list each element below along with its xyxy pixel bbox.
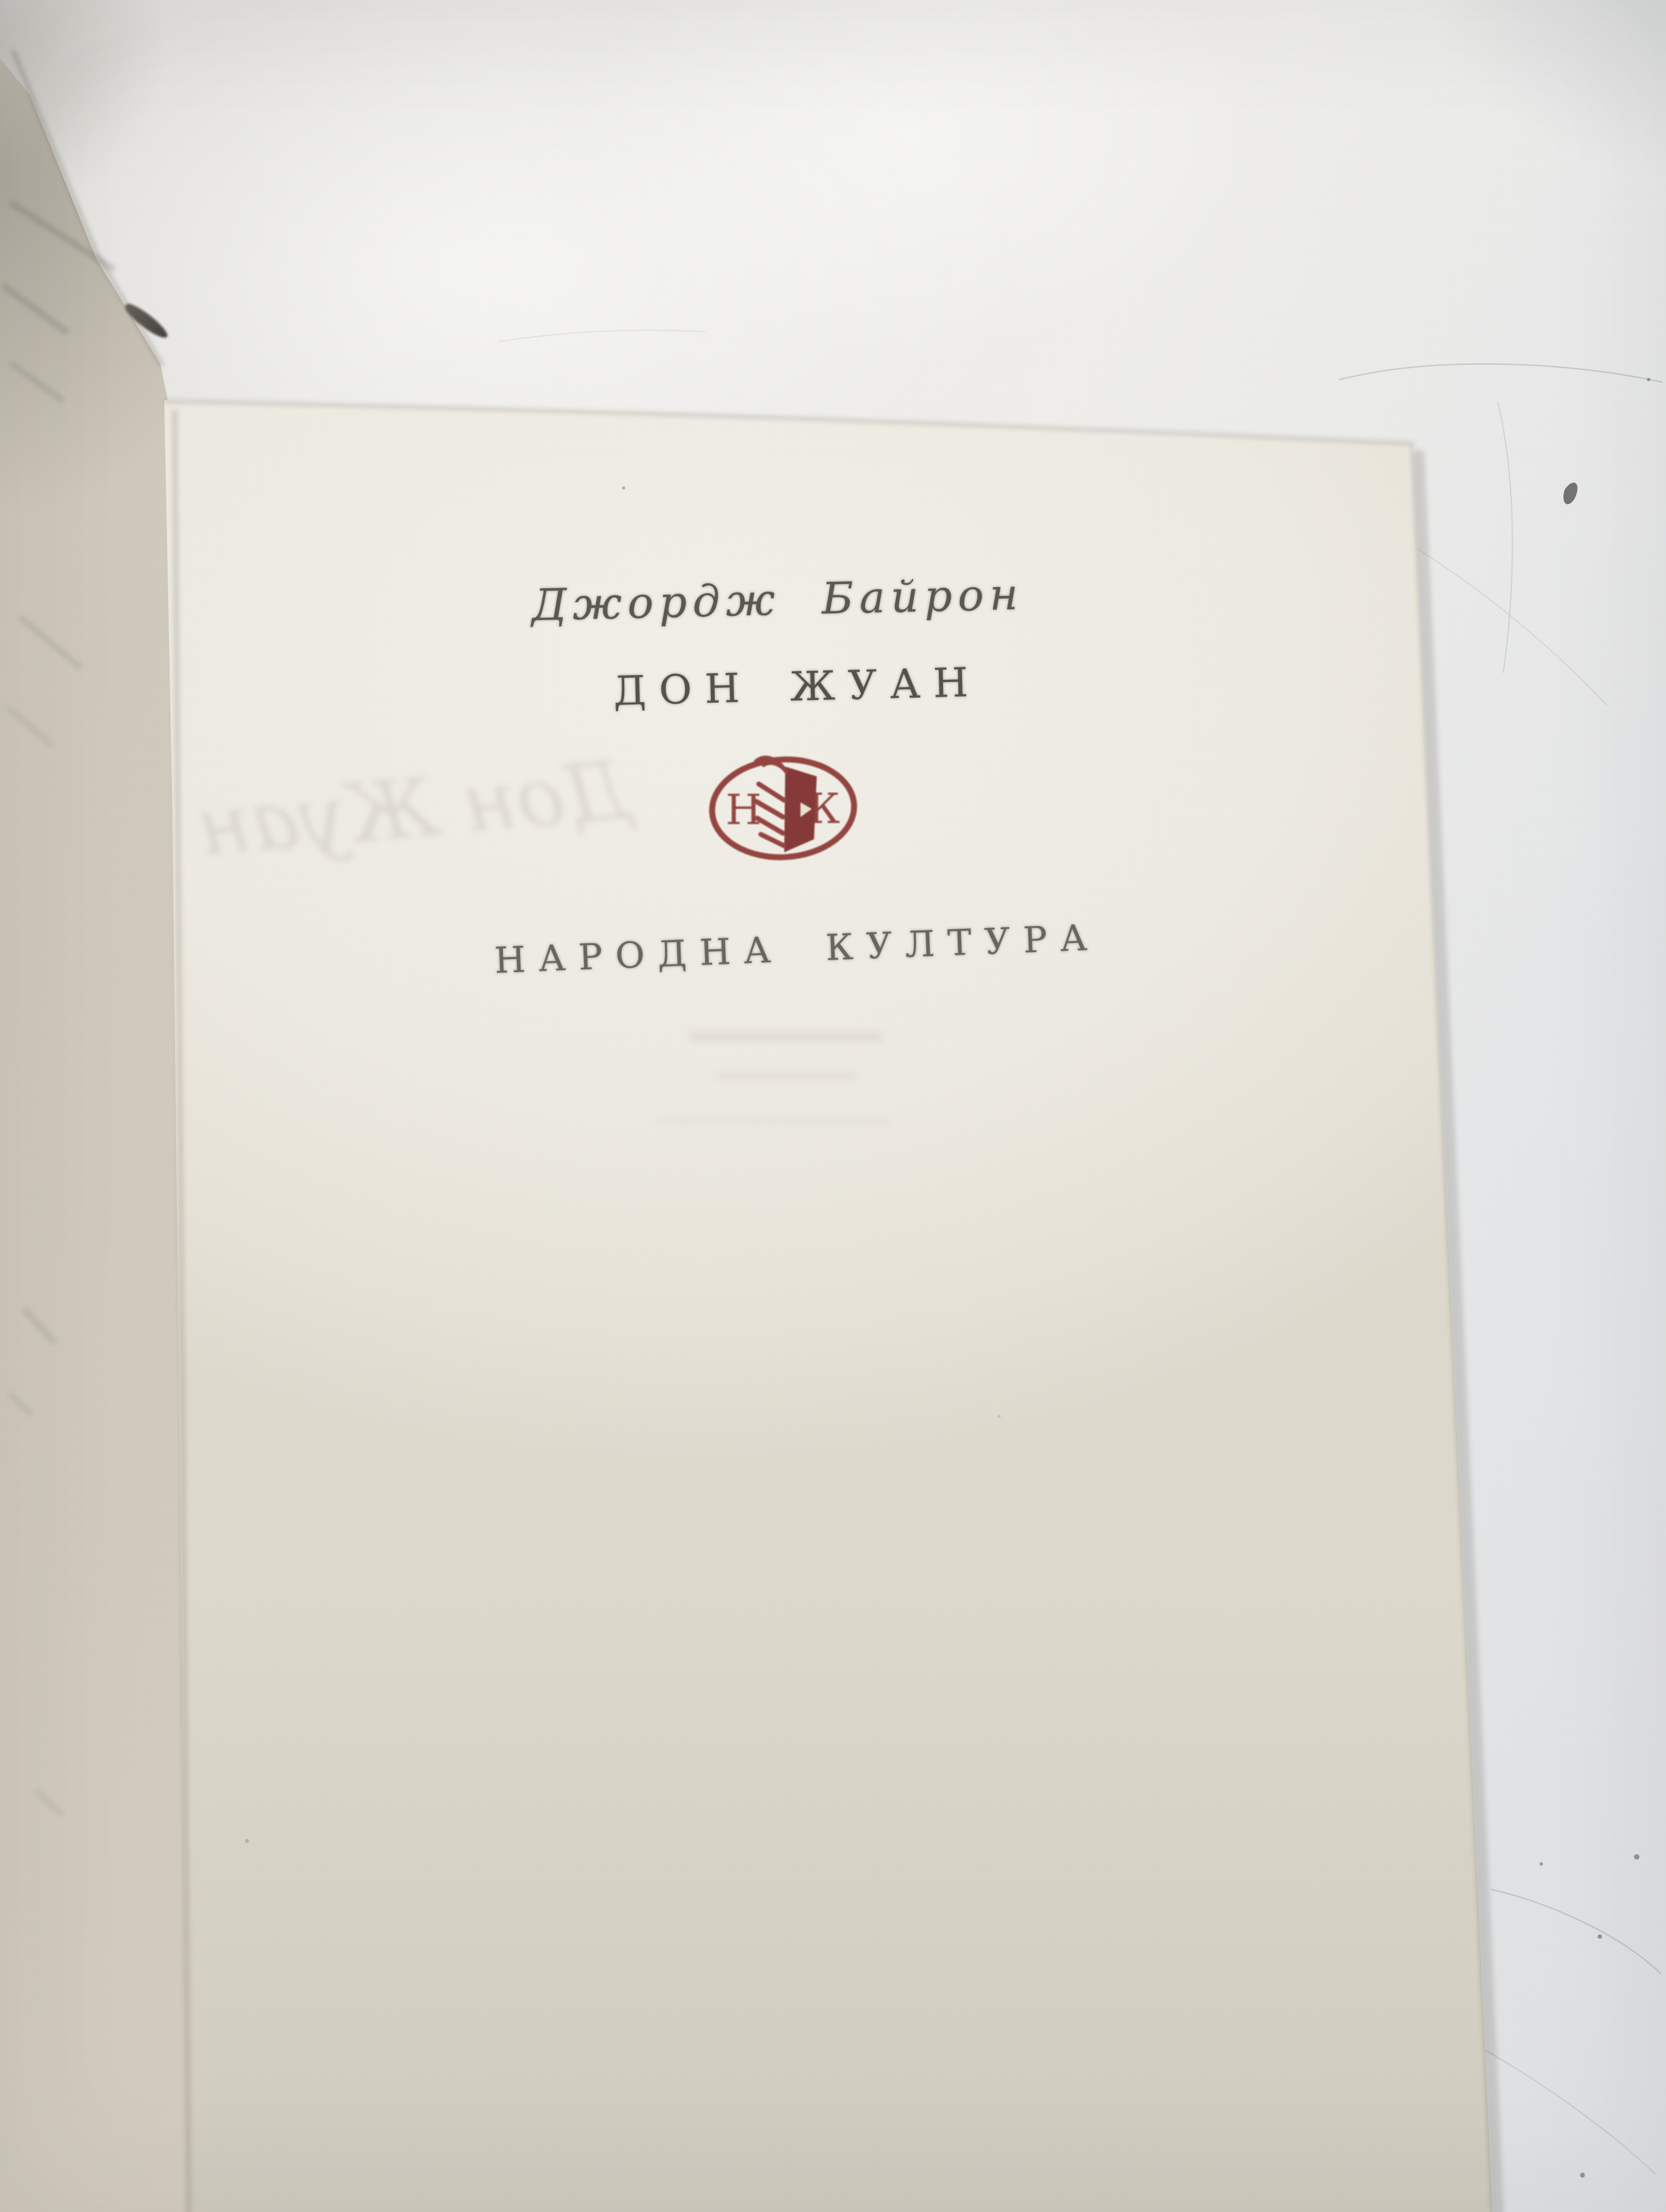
logo-letter-n: Н (726, 786, 761, 834)
book-title: ДОН ЖУАН (607, 659, 988, 715)
publisher-logo: Н К (705, 753, 861, 864)
ghost-text-smudge (716, 1072, 857, 1079)
open-book-icon (756, 757, 817, 852)
paper-speck (245, 1839, 249, 1843)
paper-speck (622, 486, 625, 490)
ghost-show-through-text: Дон Жуан (313, 743, 641, 932)
ghost-text-smudge (656, 1118, 889, 1123)
book-photo: Дон Жуан Джордж Байрон ДОН ЖУАН НАРОДНА … (0, 0, 1666, 2212)
page-edge-shadows (0, 0, 1666, 2212)
paper-speck (998, 1415, 1001, 1418)
ghost-text-smudge (689, 1033, 884, 1040)
